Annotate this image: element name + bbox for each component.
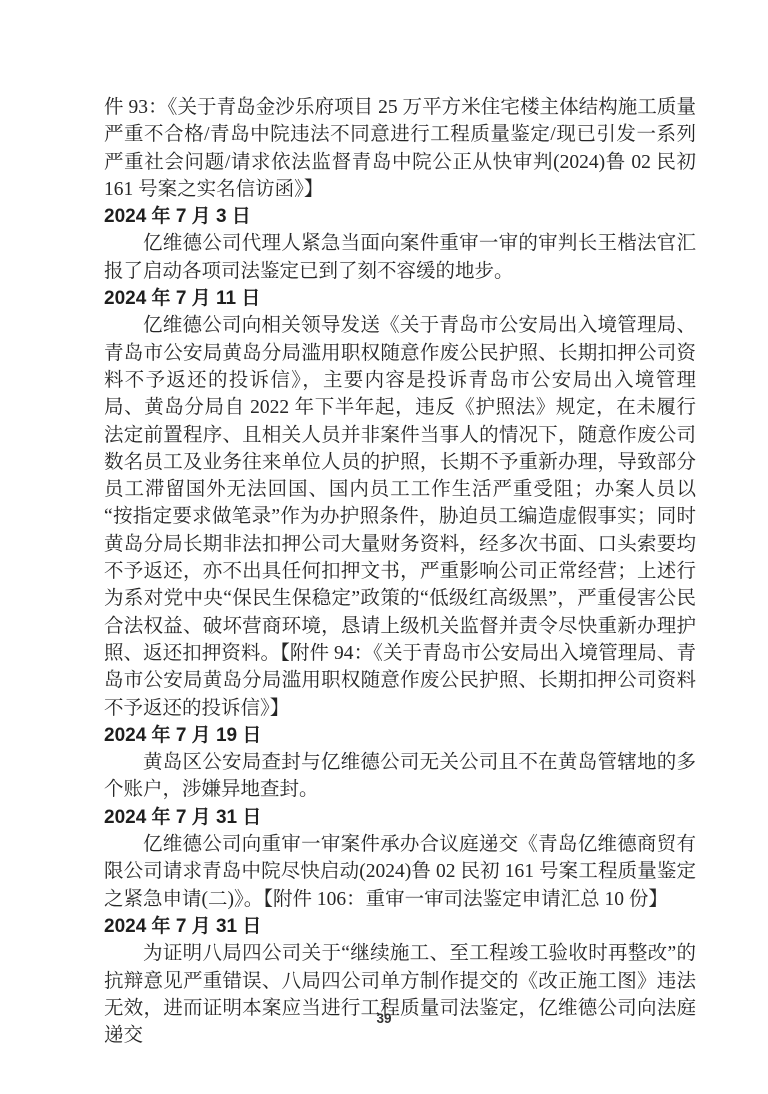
paragraph: 亿维德公司向相关领导发送《关于青岛市公安局出入境管理局、青岛市公安局黄岛分局滥用… xyxy=(104,312,696,721)
date-heading-jul-31-first: 2024 年 7 月 31 日 xyxy=(104,804,696,831)
paragraph-continuation: 件 93：《关于青岛金沙乐府项目 25 万平方米住宅楼主体结构施工质量严重不合格… xyxy=(104,94,696,203)
date-heading-jul-11: 2024 年 7 月 11 日 xyxy=(104,285,696,312)
paragraph: 亿维德公司向重审一审案件承办合议庭递交《青岛亿维德商贸有限公司请求青岛中院尽快启… xyxy=(104,831,696,913)
paragraph: 为证明八局四公司关于“继续施工、至工程竣工验收时再整改”的抗辩意见严重错误、八局… xyxy=(104,940,696,1049)
date-heading-jul-19: 2024 年 7 月 19 日 xyxy=(104,722,696,749)
date-heading-jul-3: 2024 年 7 月 3 日 xyxy=(104,203,696,230)
paragraph: 黄岛区公安局查封与亿维德公司无关公司且不在黄岛管辖地的多个账户，涉嫌异地查封。 xyxy=(104,749,696,804)
date-heading-jul-31-second: 2024 年 7 月 31 日 xyxy=(104,913,696,940)
document-body: 件 93：《关于青岛金沙乐府项目 25 万平方米住宅楼主体结构施工质量严重不合格… xyxy=(104,94,696,1049)
document-page: 件 93：《关于青岛金沙乐府项目 25 万平方米住宅楼主体结构施工质量严重不合格… xyxy=(0,0,768,1094)
page-number: 39 xyxy=(0,1011,768,1026)
paragraph: 亿维德公司代理人紧急当面向案件重审一审的审判长王楷法官汇报了启动各项司法鉴定已到… xyxy=(104,230,696,285)
